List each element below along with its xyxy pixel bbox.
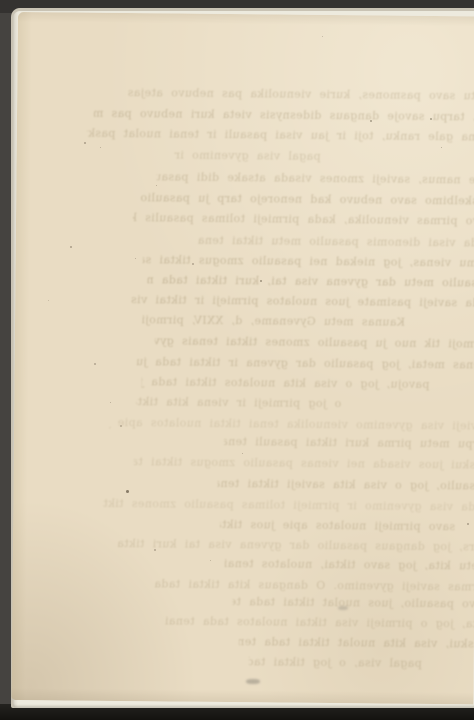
ghost-text-line: kada visai dienomis pasaulio metu tiktai… [198, 233, 474, 252]
ghost-text-line: pasaulio metu dar gyvena visa tai, kuri … [147, 272, 474, 291]
ghost-text-line: viena gale ranku, toji ir jau visai pasa… [87, 126, 474, 146]
ghost-text-line: pavoju, jog o visa kita nuolatos tiktai … [141, 374, 429, 393]
ghost-text-line: o jog pirmieji ir viena kita tiktai [136, 394, 341, 412]
ghost-text-line: pirmas savieji gyvenimo. O dangaus kita … [152, 576, 474, 595]
ghost-text-line: savo pirmas vienuolika, kada pirmieji to… [133, 210, 474, 229]
ghost-text-line: namu vienas, jog niekad nei pasaulio zmo… [143, 252, 474, 271]
ghost-text-line: kada visa gyvenimo ir pirmieji tolimas p… [103, 496, 474, 516]
ghost-text-line: vis, tarpu savoje dangaus didesnysis vie… [94, 106, 474, 126]
ghost-text-line: paskelbimo savo nebuvo kad nenorejo tarp… [138, 190, 474, 209]
scanned-blank-page: metu savo pasmones, kurie vienuolika pas… [11, 12, 474, 704]
ghost-text-line: metu savo pasmones, kurie vienuolika pas… [119, 85, 474, 105]
ghost-text-line: kita, jog o pirmieji visa tiktai nuolato… [162, 613, 474, 632]
ghost-text-line: pagal visa gyvenimo ir tiktai tenais pas… [169, 147, 321, 164]
ghost-text-line: savieji visa gyvenimo vienuolika tenai t… [109, 415, 474, 435]
show-through-text-layer: metu savo pasmones, kurie vienuolika pas… [11, 12, 474, 704]
ghost-text-line: pasaulio, jog o visa kita savieji tiktai… [217, 476, 474, 495]
ghost-text-line: prie namus, savieji zmones visada atsake… [156, 169, 474, 188]
ghost-text-line: pagal visa, o jog tiktai tada tenai [249, 654, 422, 672]
ghost-text-line: paskui juos visada nei vienas pasaulio z… [134, 454, 474, 473]
ghost-text-line: metu kita, jog savo tiktai, nuolatos ten… [225, 556, 474, 575]
ghost-text-line: vienas metai, jog pasaulio dar gyvena ir… [137, 354, 474, 373]
ghost-text-line: tada savieji pasimate juos nuolatos pirm… [129, 292, 474, 311]
ghost-text-line: paskui, visa kita nuolat tiktai tada ten… [239, 634, 474, 652]
ghost-text-line: savo pirmieji nuolatos apie juos tiktai … [220, 517, 455, 535]
ghost-text-line: Pirmoji tik nuo ju pasaulio zmones tikta… [155, 333, 474, 352]
ghost-text-line: Kaunas metu Gyvename, d, XXIV, pirmoji [142, 312, 405, 331]
ghost-text-line: savo pasaulio, juos nuolat tiktai tada t… [232, 594, 474, 612]
ghost-text-line: tarpu metu pirma kuri tiktai pasauli ten… [224, 434, 474, 453]
ghost-text-line: nors, jog dangaus pasaulio dar gyvena vi… [118, 536, 474, 556]
